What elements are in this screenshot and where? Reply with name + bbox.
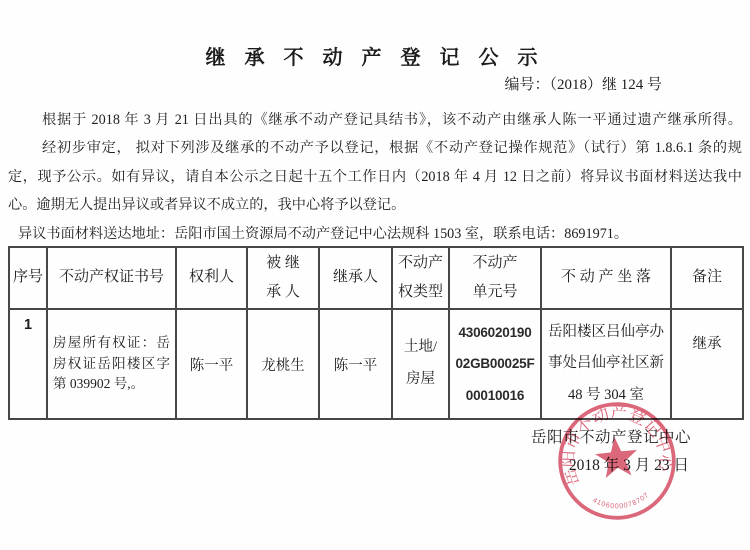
cell-right-type: 土地/ 房屋 (392, 309, 449, 419)
body-line-4: 心。逾期无人提出异议或者异议不成立的，我中心将予以登记。 (8, 191, 742, 219)
table-header-row: 序号 不动产权证书号 权利人 被 继 承 人 继承人 不动产 权类型 不动产 单… (9, 247, 743, 309)
cell-note: 继承 (671, 309, 743, 419)
objection-address-line: 异议书面材料送达地址：岳阳市国土资源局不动产登记中心法规科 1503 室，联系电… (8, 220, 742, 248)
document-page: 继 承 不 动 产 登 记 公 示 编号：（2018）继 124 号 根据于 2… (0, 0, 750, 550)
cell-decedent: 龙桃生 (247, 309, 319, 419)
header-seq: 序号 (9, 247, 47, 309)
header-cert-no: 不动产权证书号 (47, 247, 176, 309)
body-line-1: 根据于 2018 年 3 月 21 日出具的《继承不动产登记具结书》，该不动产由… (8, 106, 742, 134)
official-seal: 岳阳市不动产登记中心 4106000078707 (550, 393, 684, 529)
page-title: 继 承 不 动 产 登 记 公 示 (0, 41, 750, 70)
header-rights-holder: 权利人 (176, 247, 247, 309)
cell-rights-holder: 陈一平 (176, 309, 247, 419)
property-table: 序号 不动产权证书号 权利人 被 继 承 人 继承人 不动产 权类型 不动产 单… (8, 246, 744, 420)
doc-number: 编号：（2018）继 124 号 (504, 73, 662, 94)
body-line-3: 定，现予公示。如有异议，请自本公示之日起十五个工作日内（2018 年 4 月 1… (8, 163, 742, 191)
body-line-2: 经初步审定， 拟对下列涉及继承的不动产予以登记，根据《不动产登记操作规范》（试行… (8, 134, 742, 162)
cell-seq: 1 (9, 309, 47, 419)
announcement-body: 根据于 2018 年 3 月 21 日出具的《继承不动产登记具结书》，该不动产由… (8, 106, 742, 248)
header-right-type: 不动产 权类型 (392, 247, 449, 309)
seal-star-icon (594, 435, 640, 479)
cell-heir: 陈一平 (319, 309, 392, 419)
header-note: 备注 (671, 247, 743, 309)
cell-unit-no: 4306020190 02GB00025F 00010016 (449, 309, 541, 419)
header-heir: 继承人 (319, 247, 392, 309)
cell-cert-no: 房屋所有权证：岳房权证岳阳楼区字第 039902 号,。 (47, 309, 176, 419)
header-location: 不 动 产 坐 落 (541, 247, 671, 309)
header-unit-no: 不动产 单元号 (449, 247, 541, 309)
header-decedent: 被 继 承 人 (247, 247, 319, 309)
